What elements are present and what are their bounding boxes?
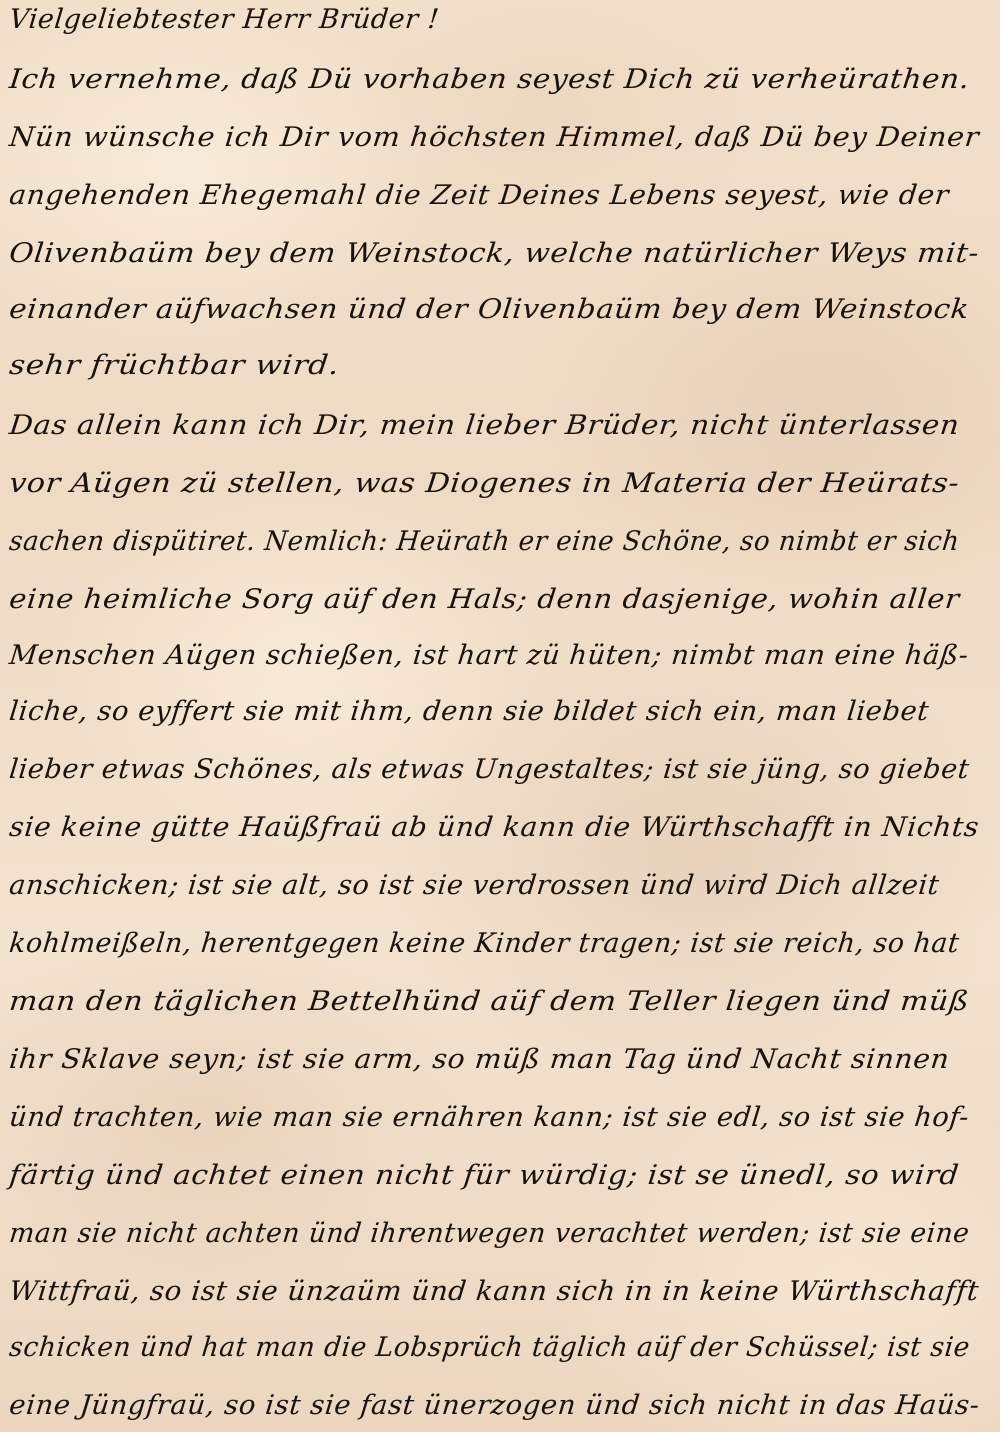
letter-line: liche, so eyffert sie mit ihm, denn sie … — [8, 698, 930, 725]
letter-line: Olivenbaüm bey dem Weinstock, welche nat… — [8, 240, 981, 267]
letter-line: Wittfraü, so ist sie ünzaüm ünd kann sic… — [8, 1278, 980, 1305]
letter-line: angehenden Ehegemahl die Zeit Deines Leb… — [8, 182, 950, 209]
letter-line: ihr Sklave seyn; ist sie arm, so müß man… — [8, 1046, 951, 1073]
letter-line: anschicken; ist sie alt, so ist sie verd… — [8, 872, 941, 899]
letter-line: eine heimliche Sorg aüf den Hals; denn d… — [8, 586, 961, 613]
letter-line: einander aüfwachsen ünd der Olivenbaüm b… — [8, 296, 971, 323]
letter-line: Menschen Aügen schießen, ist hart zü hüt… — [8, 642, 970, 669]
letter-line: Nün wünsche ich Dir vom höchsten Himmel,… — [8, 124, 980, 151]
letter-line: färtig ünd achtet einen nicht für würdig… — [8, 1162, 960, 1189]
letter-line: lieber etwas Schönes, als etwas Ungestal… — [8, 756, 971, 783]
letter-line: ünd trachten, wie man sie ernähren kann;… — [8, 1104, 970, 1131]
letter-line: eine Jüngfraü, so ist sie fast ünerzogen… — [8, 1392, 981, 1419]
letter-line: man sie nicht achten ünd ihrentwegen ver… — [8, 1220, 971, 1247]
letter-line: Ich vernehme, daß Dü vorhaben seyest Dic… — [8, 66, 971, 93]
letter-salutation: Vielgeliebtester Herr Brüder ! — [8, 6, 441, 33]
letter-line: man den täglichen Bettelhünd aüf dem Tel… — [8, 988, 971, 1015]
letter-line: schicken ünd hat man die Lobsprüch tägli… — [8, 1334, 971, 1361]
handwritten-letter: Vielgeliebtester Herr Brüder ! Ich verne… — [0, 0, 1000, 1432]
letter-line: vor Aügen zü stellen, was Diogenes in Ma… — [8, 470, 961, 497]
letter-line: sehr früchtbar wird. — [8, 352, 341, 379]
letter-line: sachen dispütiret. Nemlich: Heürath er e… — [8, 528, 961, 555]
letter-line: sie keine gütte Haüßfraü ab ünd kann die… — [8, 814, 981, 841]
letter-line: Das allein kann ich Dir, mein lieber Brü… — [8, 412, 961, 439]
letter-line: kohlmeißeln, herentgegen keine Kinder tr… — [8, 930, 961, 957]
